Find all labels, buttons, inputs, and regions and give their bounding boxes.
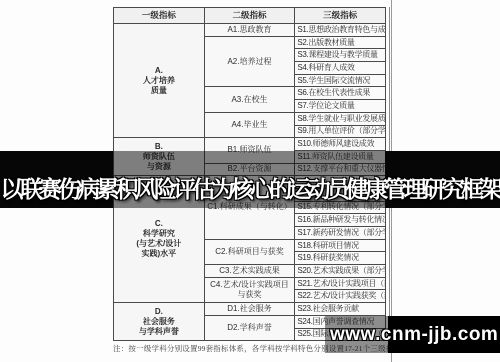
level3-cell: S23.社会服务贡献 — [295, 303, 386, 316]
level2-cell: D1.社会服务 — [204, 303, 295, 316]
table-header-row: 一级指标 二级指标 三级指标 — [114, 8, 386, 24]
level3-cell: S21.艺术/设计实践项目（部分学科） — [295, 277, 386, 290]
header-level3: 三级指标 — [295, 8, 386, 24]
table-row: D. 社会服务 与学科声誉D1.社会服务S23.社会服务贡献 — [114, 303, 386, 316]
table-row: A. 人才培养 质量A1.思政教育S1.思想政治教育特色与成效 — [114, 24, 386, 37]
level3-cell: S10.师德师风建设成效 — [295, 138, 386, 151]
level3-cell: S8.学生就业与职业发展质量 — [295, 112, 386, 125]
level2-cell: D2.学科声誉 — [204, 315, 295, 340]
level3-cell: S18.科研项目情况 — [295, 239, 386, 252]
watermark-url-text: www.cnm-jjb.com — [325, 324, 498, 346]
level3-cell: S5.学生国际交流情况 — [295, 74, 386, 87]
level3-cell: S4.科研育人成效 — [295, 62, 386, 75]
level1-cell: A. 人才培养 质量 — [114, 24, 205, 138]
header-level2: 二级指标 — [204, 8, 295, 24]
level3-cell: S1.思想政治教育特色与成效 — [295, 24, 386, 37]
level3-cell: S19.科研获奖情况 — [295, 252, 386, 265]
level3-cell: S20.艺术实践成果（部分学科） — [295, 265, 386, 278]
level3-cell: S2.出版教材质量 — [295, 36, 386, 49]
overlay-title-text: 以联赛伤病累积风险评估为核心的运动员健康管理研究框架 — [0, 171, 499, 204]
level2-cell: A1.思政教育 — [204, 24, 295, 37]
level3-cell: S3.课程建设与教学质量 — [295, 49, 386, 62]
title-overlay-banner: 以联赛伤病累积风险评估为核心的运动员健康管理研究框架 — [0, 151, 500, 208]
level3-cell: S6.在校生代表性成果 — [295, 87, 386, 100]
level2-cell: C4.艺术/设计实践项目与获奖 — [204, 277, 295, 302]
level3-cell: S9.用人单位评价（部分学科） — [295, 125, 386, 138]
header-level1: 一级指标 — [114, 8, 205, 24]
table-row: B. 师资队伍 与资源B1.师资队伍S10.师德师风建设成效 — [114, 138, 386, 151]
level2-cell: A3.在校生 — [204, 87, 295, 112]
level2-cell: A2.培养过程 — [204, 36, 295, 87]
level3-cell: S16.新品种研发与转化情况（部分学科） — [295, 214, 386, 227]
level2-cell: C3.艺术实践成果 — [204, 265, 295, 278]
level1-cell: D. 社会服务 与学科声誉 — [114, 303, 205, 341]
level2-cell: C2.科研项目与获奖 — [204, 239, 295, 264]
watermark-badge: www.cnm-jjb.com — [325, 316, 500, 353]
level3-cell: S22.艺术/设计实践获奖（部分学科） — [295, 290, 386, 303]
level3-cell: S17.新药研发情况（部分学科） — [295, 227, 386, 240]
level3-cell: S7.学位论文质量 — [295, 100, 386, 113]
level2-cell: A4.毕业生 — [204, 112, 295, 137]
page: 一级指标 二级指标 三级指标 A. 人才培养 质量A1.思政教育S1.思想政治教… — [0, 0, 500, 362]
